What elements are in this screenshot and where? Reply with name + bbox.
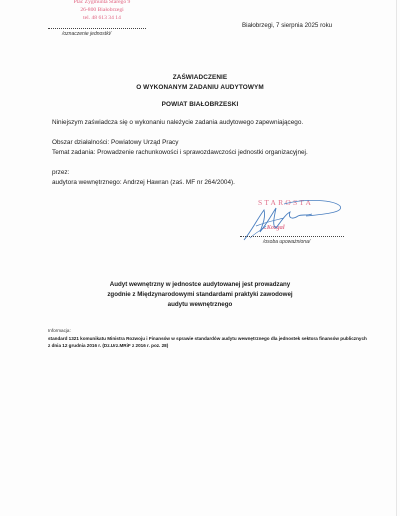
- statement-line2: zgodnie z Międzynarodowymi standardami p…: [0, 290, 400, 300]
- unit-dotted-line: [48, 28, 146, 29]
- place-date: Białobrzegi, 7 sierpnia 2025 roku: [242, 22, 332, 29]
- info-label: Informacja:: [48, 328, 71, 333]
- unit-caption: /oznaczenie jednostki/: [62, 31, 111, 37]
- intro-text: Niniejszym zaświadcza się o wykonaniu na…: [52, 119, 303, 126]
- document-page: Plac Zygmunta Starego 9 26-800 Białobrze…: [0, 0, 400, 516]
- info-text: standard 1321 komunikatu Ministra Rozwoj…: [48, 335, 368, 349]
- auditor-text: audytora wewnętrznego: Andrzej Hawran (z…: [52, 179, 235, 186]
- statement-line3: audytu wewnętrznego: [0, 300, 400, 310]
- document-title-line2: O WYKONANYM ZADANIU AUDYTOWYM: [0, 84, 400, 91]
- document-subtitle: POWIAT BIAŁOBRZESKI: [0, 101, 400, 108]
- document-title: ZAŚWIADCZENIE: [0, 74, 400, 81]
- topic-text: Temat zadania: Prowadzenie rachunkowości…: [52, 149, 308, 156]
- area-text: Obszar działalności: Powiatowy Urząd Pra…: [52, 139, 178, 146]
- unit-stamp-postcode: 26-800 Białobrzegi: [44, 6, 160, 14]
- by-label: przez:: [52, 169, 69, 176]
- signature-dotted-line: [240, 236, 344, 237]
- unit-stamp-phone: tel. 48 613 34 14: [44, 14, 160, 22]
- statement-line1: Audyt wewnętrzny w jednostce audytowanej…: [0, 280, 400, 290]
- signature-caption: /osoba upoważniona/: [263, 239, 310, 245]
